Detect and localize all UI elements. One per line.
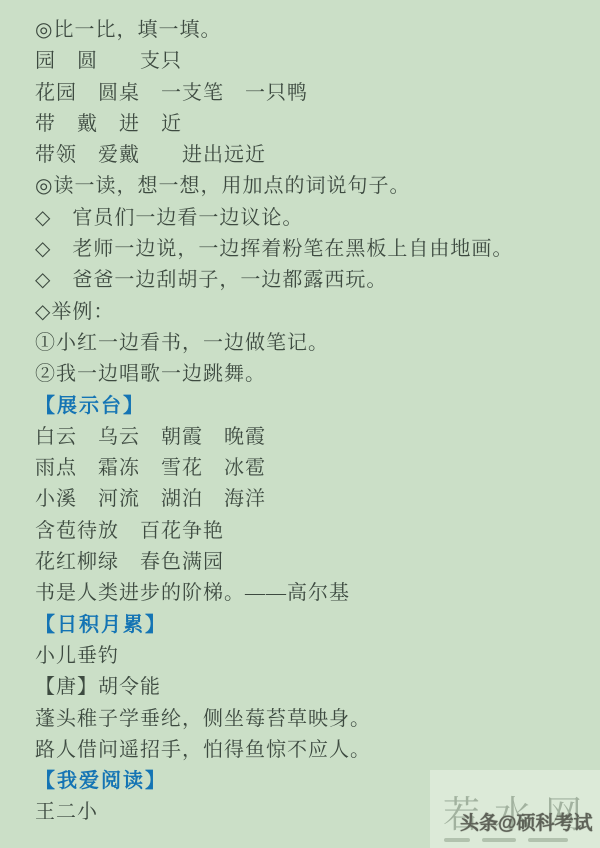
text-line: 含苞待放 百花争艳 bbox=[35, 516, 580, 547]
text-line: 路人借问遥招手，怕得鱼惊不应人。 bbox=[35, 735, 580, 766]
text-line: ◇ 官员们一边看一边议论。 bbox=[35, 203, 580, 234]
text-line: 花园 圆桌 一支笔 一只鸭 bbox=[35, 78, 580, 109]
worksheet-page: ◎比一比，填一填。园 圆 支只花园 圆桌 一支笔 一只鸭带 戴 进 近带领 爱戴… bbox=[0, 0, 600, 848]
text-line: 园 圆 支只 bbox=[35, 46, 580, 77]
text-line: 花红柳绿 春色满园 bbox=[35, 547, 580, 578]
text-line: 书是人类进步的阶梯。——高尔基 bbox=[35, 578, 580, 609]
watermark-credit: 头条@硕科考试 bbox=[460, 814, 593, 834]
text-line: ◎比一比，填一填。 bbox=[35, 15, 580, 46]
text-line: 白云 乌云 朝霞 晚霞 bbox=[35, 422, 580, 453]
section-heading: 【日积月累】 bbox=[35, 610, 580, 641]
watermark: 若水网 头条@硕科考试 bbox=[430, 770, 600, 848]
text-line: 【唐】胡令能 bbox=[35, 672, 580, 703]
text-line: 小儿垂钓 bbox=[35, 641, 580, 672]
section-heading: 【展示台】 bbox=[35, 391, 580, 422]
text-line: 带 戴 进 近 bbox=[35, 109, 580, 140]
text-line: ◇ 爸爸一边刮胡子，一边都露西玩。 bbox=[35, 265, 580, 296]
text-line: ①小红一边看书，一边做笔记。 bbox=[35, 328, 580, 359]
text-line: 蓬头稚子学垂纶，侧坐莓苔草映身。 bbox=[35, 704, 580, 735]
text-line: 小溪 河流 湖泊 海洋 bbox=[35, 484, 580, 515]
text-line: 雨点 霜冻 雪花 冰雹 bbox=[35, 453, 580, 484]
text-line: 带领 爱戴 进出远近 bbox=[35, 140, 580, 171]
watermark-small-text bbox=[444, 838, 594, 844]
text-content: ◎比一比，填一填。园 圆 支只花园 圆桌 一支笔 一只鸭带 戴 进 近带领 爱戴… bbox=[35, 15, 580, 829]
text-line: ◎读一读，想一想，用加点的词说句子。 bbox=[35, 171, 580, 202]
text-line: ◇举例： bbox=[35, 297, 580, 328]
text-line: ◇ 老师一边说，一边挥着粉笔在黑板上自由地画。 bbox=[35, 234, 580, 265]
text-line: ②我一边唱歌一边跳舞。 bbox=[35, 359, 580, 390]
